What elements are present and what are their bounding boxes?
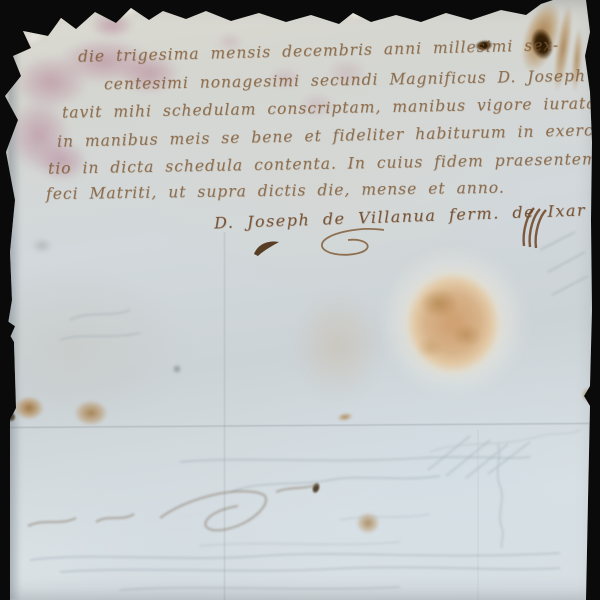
bleed-through-script (0, 0, 600, 600)
manuscript-page: die trigesima mensis decembris anni mill… (0, 0, 600, 600)
photo-background: die trigesima mensis decembris anni mill… (0, 0, 600, 600)
